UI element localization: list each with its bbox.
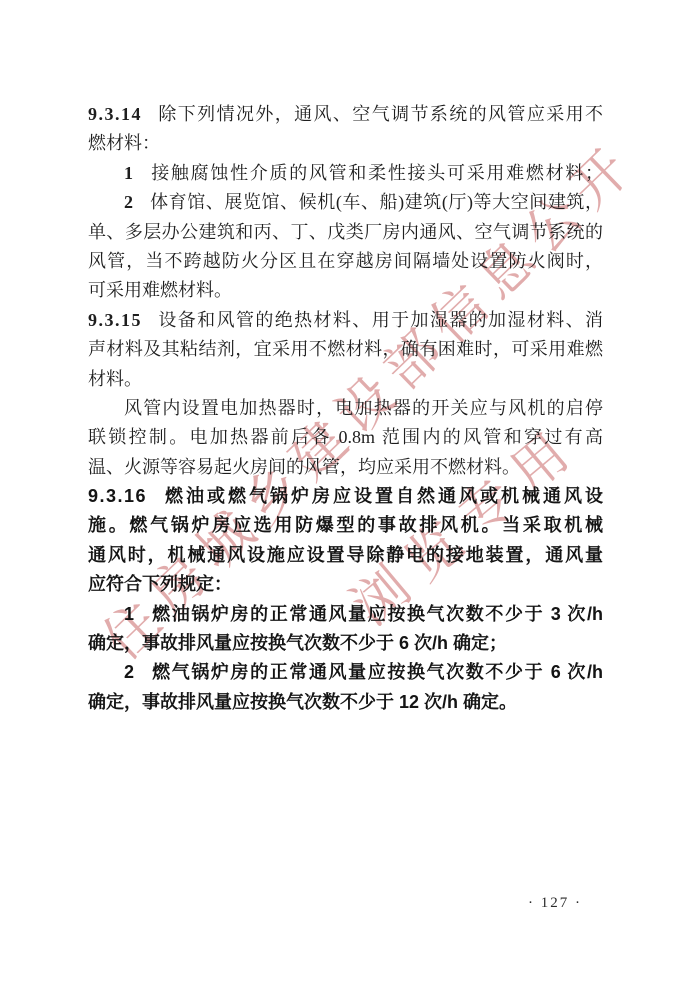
text-line: 燃材料： [88,129,603,158]
text-line-mandatory: 通风时，机械通风设施应设置导除静电的接地装置，通风量 [88,541,603,570]
line-text: 风管，当不跨越防火分区且在穿越房间隔墙处设置防火阀时， [88,251,603,271]
text-line-mandatory: 施。燃气锅炉房应选用防爆型的事故排风机。当采取机械 [88,511,603,540]
text-line-mandatory: 确定，事故排风量应按换气次数不少于 6 次/h 确定； [88,629,603,658]
text-line: 风管内设置电加热器时，电加热器的开关应与风机的启停 [88,394,603,423]
section-number: 9.3.15 [88,310,142,330]
page-number: · 127 · [505,895,605,912]
text-line-mandatory: 2燃气锅炉房的正常通风量应按换气次数不少于 6 次/h [88,658,603,687]
line-text: 风管内设置电加热器时，电加热器的开关应与风机的启停 [124,398,603,418]
line-text: 除下列情况外，通风、空气调节系统的风管应采用不 [157,104,603,124]
section-number: 9.3.14 [88,104,142,124]
line-text: 燃油锅炉房的正常通风量应按换气次数不少于 3 次/h [151,604,603,624]
text-line: 单、多层办公建筑和丙、丁、戊类厂房内通风、空气调节系统的 [88,218,603,247]
text-line: 风管，当不跨越防火分区且在穿越房间隔墙处设置防火阀时， [88,247,603,276]
text-line: 9.3.15设备和风管的绝热材料、用于加湿器的加湿材料、消 [88,306,603,335]
text-line: 声材料及其粘结剂，宜采用不燃材料，确有困难时，可采用难燃 [88,335,603,364]
item-number: 1 [124,604,136,624]
text-line: 联锁控制。电加热器前后各 0.8m 范围内的风管和穿过有高 [88,423,603,452]
text-line: 材料。 [88,365,603,394]
text-line-mandatory: 确定，事故排风量应按换气次数不少于 12 次/h 确定。 [88,688,603,717]
standard-document-page: 住房城乡建设部信息公开 浏览专用 9.3.14除下列情况外，通风、空气调节系统的… [0,0,690,1000]
line-text: 接触腐蚀性介质的风管和柔性接头可采用难燃材料； [150,163,604,183]
line-text: 可采用难燃材料。 [88,280,232,300]
line-text: 燃油或燃气锅炉房应设置自然通风或机械通风设 [162,486,603,506]
line-text: 联锁控制。电加热器前后各 0.8m 范围内的风管和穿过有高 [88,427,603,447]
item-number: 2 [124,192,135,212]
line-text: 燃气锅炉房的正常通风量应按换气次数不少于 6 次/h [151,662,603,682]
body-text-block: 9.3.14除下列情况外，通风、空气调节系统的风管应采用不 燃材料： 1接触腐蚀… [88,100,603,717]
line-text: 确定，事故排风量应按换气次数不少于 12 次/h 确定。 [88,692,517,712]
line-text: 单、多层办公建筑和丙、丁、戊类厂房内通风、空气调节系统的 [88,222,603,242]
line-text: 通风时，机械通风设施应设置导除静电的接地装置，通风量 [88,545,603,565]
section-number: 9.3.16 [88,486,147,506]
text-line-mandatory: 1燃油锅炉房的正常通风量应按换气次数不少于 3 次/h [88,600,603,629]
text-line: 9.3.14除下列情况外，通风、空气调节系统的风管应采用不 [88,100,603,129]
line-text: 燃材料： [88,133,160,153]
item-number: 2 [124,662,136,682]
line-text: 体育馆、展览馆、候机(车、船)建筑(厅)等大空间建筑， [150,192,604,212]
line-text: 施。燃气锅炉房应选用防爆型的事故排风机。当采取机械 [88,515,603,535]
line-text: 温、火源等容易起火房间的风管，均应采用不燃材料。 [88,457,520,477]
line-text: 设备和风管的绝热材料、用于加湿器的加湿材料、消 [157,310,603,330]
line-text: 声材料及其粘结剂，宜采用不燃材料，确有困难时，可采用难燃 [88,339,603,359]
text-line-mandatory: 应符合下列规定： [88,570,603,599]
line-text: 应符合下列规定： [88,574,232,594]
text-line: 可采用难燃材料。 [88,276,603,305]
text-line: 温、火源等容易起火房间的风管，均应采用不燃材料。 [88,453,603,482]
item-number: 1 [124,163,135,183]
line-text: 材料。 [88,369,142,389]
line-text: 确定，事故排风量应按换气次数不少于 6 次/h 确定； [88,633,507,653]
text-line-mandatory: 9.3.16燃油或燃气锅炉房应设置自然通风或机械通风设 [88,482,603,511]
text-line: 2体育馆、展览馆、候机(车、船)建筑(厅)等大空间建筑， [88,188,603,217]
text-line: 1接触腐蚀性介质的风管和柔性接头可采用难燃材料； [88,159,603,188]
